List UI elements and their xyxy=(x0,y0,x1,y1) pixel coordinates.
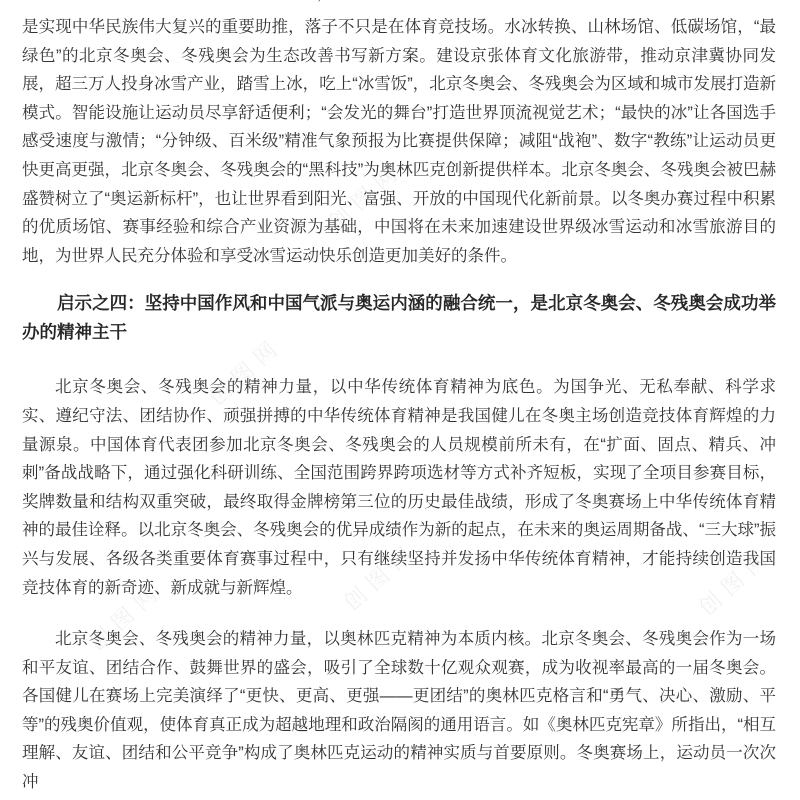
section-heading: 启示之四：坚持中国作风和中国气派与奥运内涵的融合统一，是北京冬奥会、冬残奥会成功… xyxy=(22,289,776,347)
paragraph-tradition-spirit: 北京冬奥会、冬残奥会的精神力量，以中华传统体育精神为底色。为国争光、无私奉献、科… xyxy=(22,373,776,602)
article: 是实现中华民族伟大复兴的重要助推，落子不只是在体育竞技场。水冰转换、山林场馆、低… xyxy=(22,13,776,797)
page: { "page": { "width": 800, "height": 800,… xyxy=(0,0,800,800)
clipped-top-line: 现代化体育强国建设的新征程上，北京冬奥会、冬残奥会的筹办举办成果持续转化 xyxy=(22,0,776,7)
clipped-top-line-text: 现代化体育强国建设的新征程上，北京冬奥会、冬残奥会的筹办举办成果持续转化 xyxy=(22,0,776,7)
paragraph-continued: 是实现中华民族伟大复兴的重要助推，落子不只是在体育竞技场。水冰转换、山林场馆、低… xyxy=(22,13,776,270)
document-sheet: 创图网 创图网 创图网 创图网 创图网 现代化体育强国建设的新征程上，北京冬奥会… xyxy=(0,0,800,800)
paragraph-olympic-spirit: 北京冬奥会、冬残奥会的精神力量，以奥林匹克精神为本质内核。北京冬奥会、冬残奥会作… xyxy=(22,625,776,797)
